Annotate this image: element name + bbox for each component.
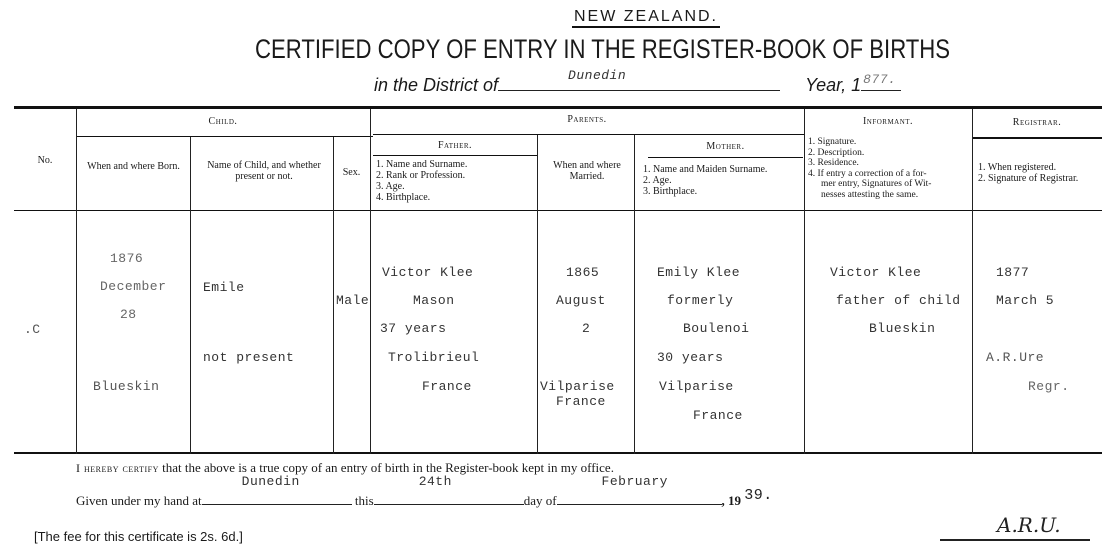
registrar-signature-mark: A.R.U. — [997, 513, 1061, 537]
col-sex: Sex. — [333, 167, 370, 178]
registered-year: 1877 — [996, 265, 1029, 280]
certify-text: that the above is a true copy of an entr… — [162, 460, 614, 475]
col-married: When and where Married. — [540, 160, 634, 182]
col-father-title: Father. — [373, 140, 537, 151]
year-value: 877. — [863, 72, 896, 87]
given-place-field: Dunedin — [202, 488, 352, 505]
group-child: Child. — [76, 116, 370, 127]
table-bottom-rule — [14, 452, 1102, 454]
child-name: Emile — [203, 280, 245, 295]
registrar-item: 2. Signature of Registrar. — [978, 173, 1078, 184]
mother-formerly: formerly — [667, 293, 733, 308]
col-divider-born — [190, 137, 191, 454]
married-day: 2 — [582, 321, 590, 336]
district-field: Dunedin — [498, 74, 780, 91]
given-label: Given under my hand at — [76, 493, 202, 508]
father-profession: Mason — [413, 293, 455, 308]
fee-note: [The fee for this certificate is 2s. 6d.… — [34, 529, 243, 544]
married-year: 1865 — [566, 265, 599, 280]
father-item: 2. Rank or Profession. — [376, 170, 467, 181]
born-month: December — [100, 279, 166, 294]
born-year: 1876 — [110, 251, 143, 266]
mother-country: France — [693, 408, 743, 423]
informant-item: 2. Description. — [808, 148, 931, 159]
district-row: in the District ofDunedin Year, 1877. — [374, 74, 901, 96]
mother-item: 1. Name and Maiden Surname. — [643, 164, 767, 175]
registered-date: March 5 — [996, 293, 1054, 308]
registrar-title: Regr. — [1028, 379, 1070, 394]
child-group-rule — [76, 136, 373, 137]
married-month: August — [556, 293, 606, 308]
col-mother-title: Mother. — [648, 141, 803, 152]
table-top-rule — [14, 106, 1102, 109]
col-divider-married — [634, 135, 635, 454]
father-age: 37 years — [380, 321, 446, 336]
col-father-items: 1. Name and Surname. 2. Rank or Professi… — [376, 159, 467, 203]
father-name: Victor Klee — [382, 265, 473, 280]
father-birthplace: Trolibrieul — [388, 350, 479, 365]
mother-title-rule — [648, 157, 803, 158]
col-divider-informant — [972, 109, 973, 454]
group-parents: Parents. — [370, 114, 804, 125]
informant-item: 1. Signature. — [808, 137, 931, 148]
born-place: Blueskin — [93, 379, 159, 394]
born-day: 28 — [120, 307, 137, 322]
document-title: CERTIFIED COPY OF ENTRY IN THE REGISTER-… — [255, 34, 895, 65]
col-divider-name — [333, 137, 334, 454]
col-divider-mother — [804, 109, 805, 454]
group-informant: Informant. — [804, 116, 972, 127]
mother-name: Emily Klee — [657, 265, 740, 280]
child-sex: Male — [336, 293, 369, 308]
district-label: in the District of — [374, 75, 498, 95]
informant-residence: Blueskin — [869, 321, 935, 336]
informant-item: nesses attesting the same. — [808, 190, 931, 201]
informant-item: 3. Residence. — [808, 158, 931, 169]
col-registrar-items: 1. When registered. 2. Signature of Regi… — [978, 162, 1078, 184]
father-item: 4. Birthplace. — [376, 192, 467, 203]
father-item: 1. Name and Surname. — [376, 159, 467, 170]
col-divider-no — [76, 109, 77, 454]
day-of-label: day of — [524, 493, 557, 508]
col-divider-sex — [370, 109, 371, 454]
day-value: 24th — [419, 474, 452, 489]
day-field: 24th — [374, 488, 524, 505]
father-title-rule — [373, 155, 538, 156]
district-value: Dunedin — [568, 68, 626, 83]
registrar-group-rule — [973, 137, 1102, 139]
informant-item: 4. If entry a correction of a for- — [808, 169, 931, 180]
informant-item: mer entry, Signatures of Wit- — [808, 179, 931, 190]
header-bottom-rule — [14, 210, 1102, 211]
col-no: No. — [14, 155, 76, 166]
century-label: , 19 — [722, 493, 742, 508]
year-suffix: 39. — [744, 487, 773, 504]
group-registrar: Registrar. — [972, 117, 1102, 128]
col-born: When and where Born. — [86, 161, 181, 172]
child-presence: not present — [203, 350, 294, 365]
mother-birthplace: Vilparise — [659, 379, 734, 394]
married-country: France — [556, 394, 606, 409]
registrar-signature: A.R.Ure — [986, 350, 1044, 365]
month-value: February — [602, 474, 668, 489]
entry-no: .C — [24, 322, 41, 337]
informant-signature: Victor Klee — [830, 265, 921, 280]
year-label: Year, 1 — [805, 75, 861, 95]
col-mother-items: 1. Name and Maiden Surname. 2. Age. 3. B… — [643, 164, 767, 197]
father-item: 3. Age. — [376, 181, 467, 192]
registrar-item: 1. When registered. — [978, 162, 1078, 173]
mother-item: 2. Age. — [643, 175, 767, 186]
mother-maiden-name: Boulenoi — [683, 321, 749, 336]
given-under-hand-row: Given under my hand atDunedin this24thda… — [76, 488, 773, 510]
informant-description: father of child — [836, 293, 961, 308]
parents-group-rule — [373, 134, 805, 135]
married-place: Vilparise — [540, 379, 615, 394]
given-place-value: Dunedin — [242, 474, 300, 489]
certify-prefix: I hereby certify — [76, 461, 159, 475]
col-divider-father — [537, 135, 538, 454]
certification-statement: I hereby certify that the above is a tru… — [76, 460, 614, 476]
mother-age: 30 years — [657, 350, 723, 365]
mother-item: 3. Birthplace. — [643, 186, 767, 197]
father-country: France — [422, 379, 472, 394]
country-heading: NEW ZEALAND. — [0, 8, 1102, 26]
year-field: 877. — [861, 74, 901, 91]
month-field: February — [557, 488, 722, 505]
col-informant-items: 1. Signature. 2. Description. 3. Residen… — [808, 137, 931, 200]
col-child-name: Name of Child, and whether present or no… — [194, 160, 334, 182]
signature-line — [940, 539, 1090, 541]
this-label: this — [355, 493, 374, 508]
